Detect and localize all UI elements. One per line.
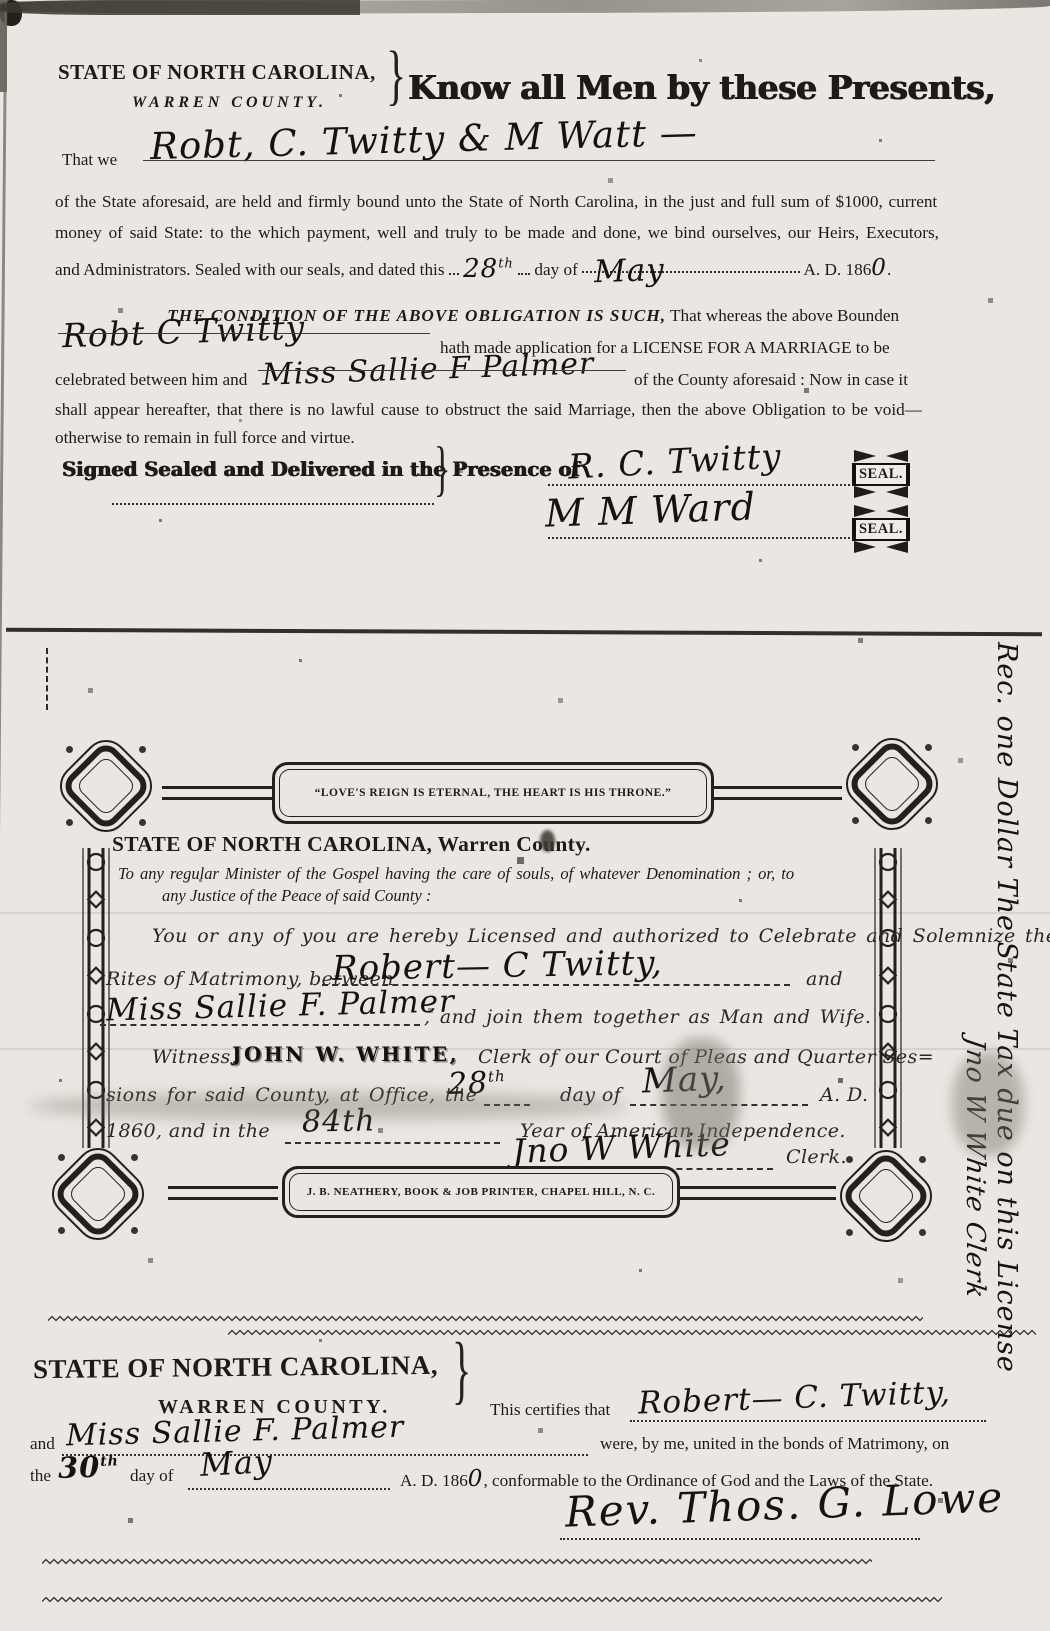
license-bride-leader: [100, 1024, 420, 1026]
certificate-and-label: and: [30, 1434, 55, 1454]
bond-signature2-handwriting: M M Ward: [544, 484, 756, 535]
fold-line-vertical: [0, 0, 7, 985]
certificate-brace: }: [452, 1325, 471, 1414]
zigzag-divider: [42, 1596, 942, 1604]
license-addressee-line1: To any regular Minister of the Gospel ha…: [118, 864, 794, 884]
certificate-year-digit-handwriting: 0: [468, 1466, 484, 1492]
bond-day-of-label: day of: [534, 260, 577, 279]
bond-anno-label: A. D. 186: [804, 260, 872, 279]
leader-dots: [518, 273, 530, 275]
license-groom-handwriting: Robert— C Twitty,: [332, 943, 663, 989]
certificate-united-text: were, by me, united in the bonds of Matr…: [600, 1434, 949, 1454]
bond-witness-dotted-line: [112, 503, 434, 505]
seal-ribbon-icon: [854, 450, 908, 463]
certificate-day-superscript: th: [100, 1453, 119, 1470]
bond-period: .: [887, 260, 891, 279]
stain-blob: [662, 1038, 740, 1150]
bond-signature2-line: [548, 537, 866, 539]
license-day-superscript: th: [488, 1067, 506, 1086]
scan-bottom-edge-smudge: [0, 0, 360, 15]
bond-brace-top: }: [386, 38, 406, 115]
bond-month-handwriting: May: [594, 252, 666, 290]
bond-year-digit-handwriting: 0: [871, 255, 887, 281]
license-year-line-pre: 1860, and in the: [106, 1120, 270, 1142]
frame-corner-ornament: [60, 740, 152, 832]
certificate-groom-handwriting: Robert— C. Twitty,: [637, 1375, 951, 1422]
bond-day-handwriting: 28th: [463, 254, 514, 284]
bond-clause-line2: otherwise to remain in full force and vi…: [55, 428, 355, 448]
banner-wing: [678, 1186, 836, 1200]
zigzag-divider: [48, 1315, 923, 1323]
bond-presence-label: Signed Sealed and Delivered in the Prese…: [62, 458, 580, 481]
certificate-month-handwriting: May: [199, 1442, 274, 1484]
certificate-groom-leader: [630, 1420, 986, 1422]
bond-bride-line: [258, 370, 626, 371]
corner-knobs: [852, 744, 859, 751]
corner-knobs: [58, 1154, 65, 1161]
certificate-officiant-signature-line: [560, 1538, 920, 1540]
seal-ribbon-icon: [854, 541, 908, 554]
license-witness-word: Witness,: [152, 1046, 237, 1068]
corner-knobs: [846, 1156, 853, 1163]
fold-dashed-mark: [46, 648, 48, 710]
bond-groom-line: [58, 333, 430, 334]
license-independence-leader: [285, 1142, 500, 1144]
frame-corner-ornament: [840, 1150, 932, 1242]
certificate-bride-leader: [62, 1454, 588, 1456]
margin-receipt-note-handwriting: Rec. one Dollar The State Tax due on thi…: [991, 642, 1022, 1373]
bond-clause-line1: shall appear hereafter, that there is no…: [55, 400, 922, 420]
bond-dated-text: and Administrators. Sealed with our seal…: [55, 260, 445, 279]
license-grant-and: and: [806, 968, 843, 990]
certificate-day-of-label: day of: [130, 1466, 173, 1486]
scanned-document-page: STATE OF NORTH CAROLINA, } WARREN COUNTY…: [0, 0, 1050, 1631]
banner-wing: [162, 786, 280, 800]
bond-paragraph-line3: and Administrators. Sealed with our seal…: [55, 252, 891, 282]
certificate-state-heading: STATE OF NORTH CAROLINA,: [33, 1350, 438, 1385]
printer-text: J. B. NEATHERY, BOOK & JOB PRINTER, CHAP…: [285, 1169, 677, 1215]
document-fold-line: [6, 628, 1042, 636]
license-addressee-line2: any Justice of the Peace of said County …: [162, 886, 431, 906]
bond-groom-handwriting: Robt C Twitty: [61, 308, 305, 355]
certificate-certifies-label: This certifies that: [490, 1400, 610, 1420]
frame-corner-ornament: [52, 1148, 144, 1240]
seal-label: SEAL.: [852, 463, 910, 486]
motto-text: “LOVE'S REIGN IS ETERNAL, THE HEART IS H…: [275, 765, 711, 821]
bond-condition-rest: That whereas the above Bounden: [670, 306, 899, 325]
paper-speckles: [0, 0, 1, 1]
seal-ribbon-icon: [854, 486, 908, 499]
banner-wing: [702, 786, 842, 800]
zigzag-divider: [42, 1558, 872, 1566]
frame-corner-ornament: [846, 738, 938, 830]
license-clerk-name: JOHN W. WHITE,: [232, 1042, 459, 1066]
bond-county: WARREN COUNTY.: [132, 94, 327, 112]
stain-band: [28, 1092, 628, 1120]
license-bride-handwriting: Miss Sallie F. Palmer: [106, 983, 456, 1028]
certificate-the-label: the: [30, 1466, 51, 1486]
stain-blob: [952, 1052, 1024, 1156]
printer-banner: J. B. NEATHERY, BOOK & JOB PRINTER, CHAP…: [282, 1166, 680, 1218]
license-grant-line3: , and join them together as Man and Wife…: [424, 1006, 871, 1028]
license-clerk-label: Clerk.: [786, 1146, 847, 1168]
seal-label: SEAL.: [852, 518, 910, 541]
zigzag-divider: [228, 1329, 1036, 1337]
license-heading: STATE OF NORTH CAROLINA, Warren County.: [112, 832, 591, 857]
seal-badge: SEAL.: [852, 505, 910, 554]
leader-dots: [449, 273, 459, 275]
certificate-month-leader: [188, 1488, 390, 1490]
bond-day-superscript: th: [498, 256, 514, 271]
seal-badge: SEAL.: [852, 450, 910, 499]
certificate-day-handwriting: 30th: [57, 1449, 119, 1485]
bond-paragraph-line1: of the State aforesaid, are held and fir…: [55, 192, 937, 212]
bond-paragraph-line2: money of said State: to the which paymen…: [55, 223, 939, 243]
stain-spot: [540, 830, 555, 852]
license-anno: A. D.: [820, 1084, 868, 1106]
bond-brace-presence: }: [434, 437, 450, 505]
bond-state-heading: STATE OF NORTH CAROLINA,: [58, 60, 376, 85]
bond-celebrated-pre: celebrated between him and: [55, 370, 247, 390]
frame-side-border-right: [868, 848, 908, 1148]
bond-signature1-handwriting: R. C. Twitty: [567, 436, 782, 487]
banner-wing: [168, 1186, 278, 1200]
bond-principals-line: [143, 160, 935, 161]
bond-celebrated-post: of the County aforesaid : Now in case it: [634, 370, 908, 390]
bond-that-we-label: That we: [62, 150, 117, 170]
motto-banner: “LOVE'S REIGN IS ETERNAL, THE HEART IS H…: [272, 762, 714, 824]
seal-ribbon-icon: [854, 505, 908, 518]
corner-knobs: [66, 746, 73, 753]
bond-gothic-title: Know all Men by these Presents,: [408, 68, 995, 107]
